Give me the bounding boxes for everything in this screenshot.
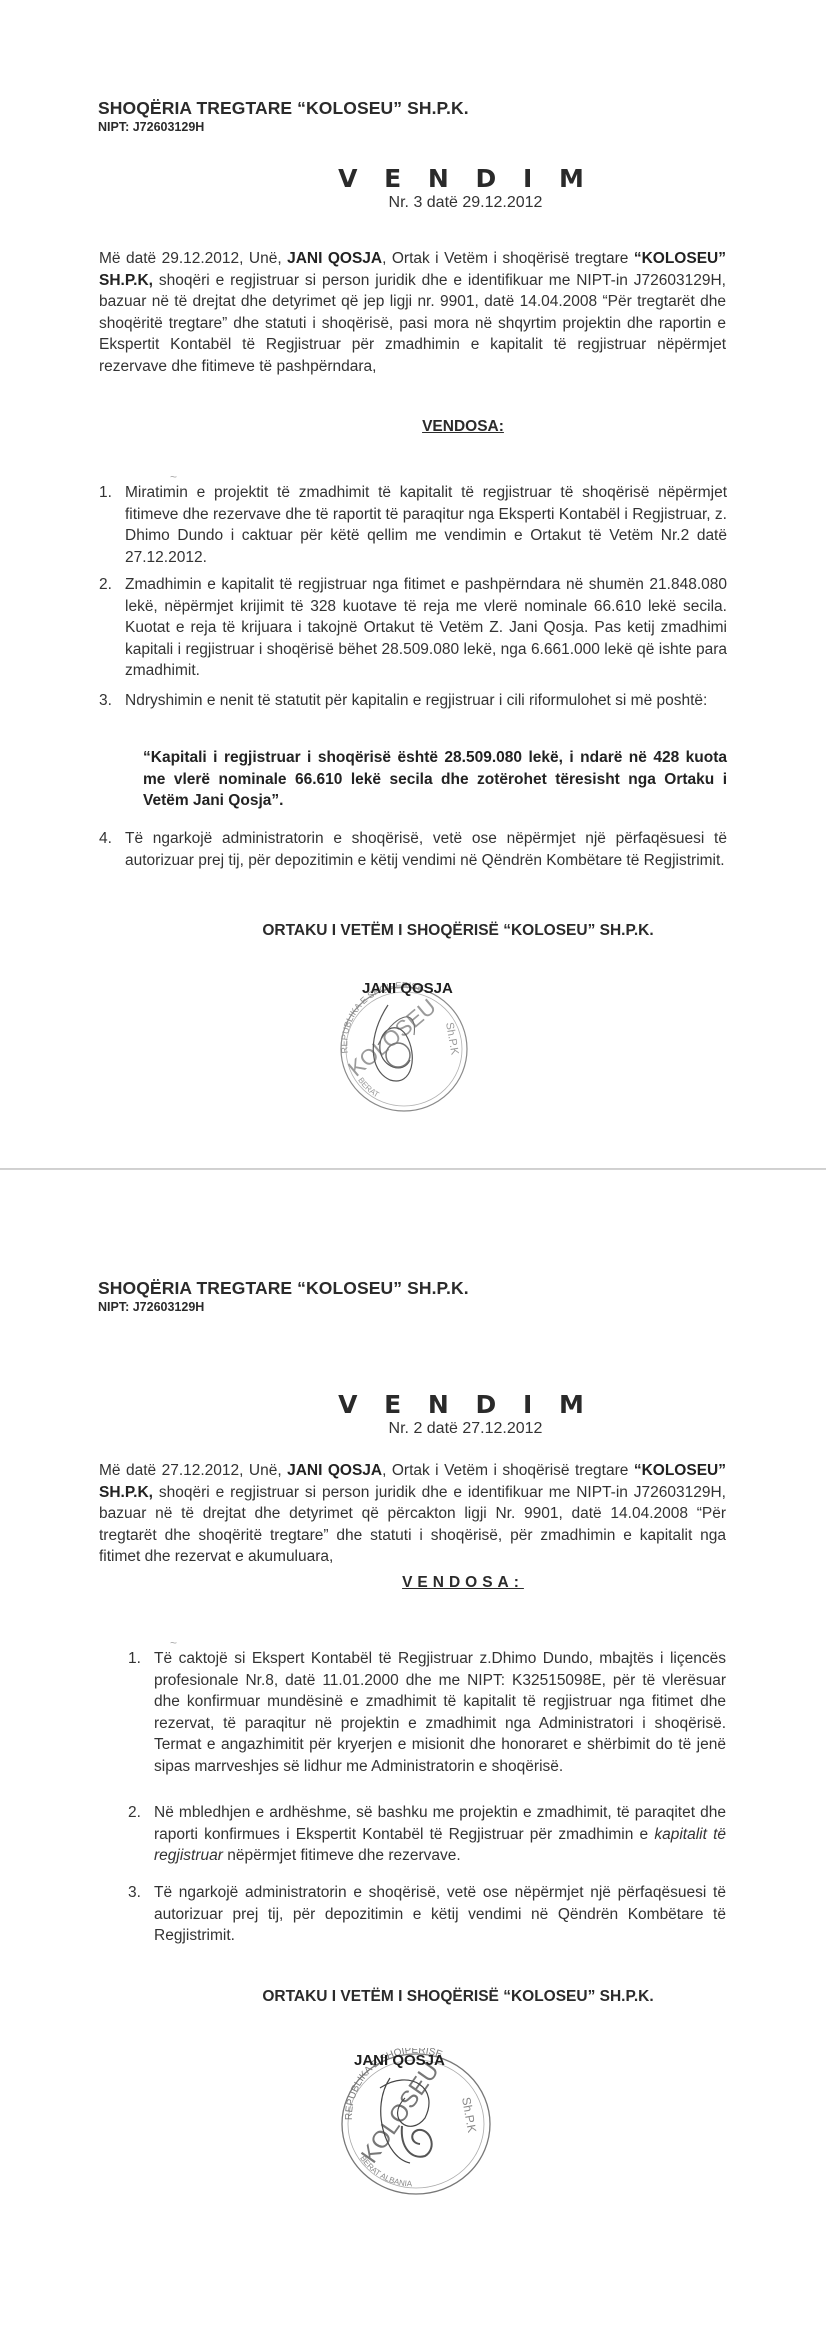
signatory-name: JANI QOSJA bbox=[354, 2052, 445, 2069]
intro-text: shoqëri e regjistruar si person juridik … bbox=[99, 1484, 726, 1566]
partner-name: JANI QOSJA bbox=[287, 250, 382, 267]
svg-text:BERAT: BERAT bbox=[356, 1076, 380, 1099]
item-number: 3. bbox=[99, 690, 112, 712]
intro-text: Më datë 27.12.2012, Unë, bbox=[99, 1462, 287, 1479]
company-nipt: NIPT: J72603129H bbox=[98, 120, 204, 134]
item-text: Të caktojë si Ekspert Kontabël të Regjis… bbox=[154, 1650, 726, 1775]
svg-text:Sh.P.K: Sh.P.K bbox=[443, 1021, 461, 1056]
item-text: Në mbledhjen e ardhëshme, së bashku me p… bbox=[154, 1804, 726, 1843]
decision-item: 3. Ndryshimin e nenit të statutit për ka… bbox=[125, 690, 727, 712]
document-page-1: SHOQËRIA TREGTARE “KOLOSEU” SH.P.K. NIPT… bbox=[0, 0, 826, 1170]
intro-paragraph: Më datë 27.12.2012, Unë, JANI QOSJA, Ort… bbox=[99, 1460, 726, 1568]
decision-item: 2. Në mbledhjen e ardhëshme, së bashku m… bbox=[154, 1802, 726, 1867]
signatory-name: JANI QOSJA bbox=[362, 980, 453, 997]
decision-heading: VENDOSA: bbox=[0, 418, 826, 436]
decision-number-date: Nr. 3 datë 29.12.2012 bbox=[0, 194, 826, 212]
partner-name: JANI QOSJA bbox=[287, 1462, 382, 1479]
item-text: Të ngarkojë administratorin e shoqërisë,… bbox=[125, 830, 727, 869]
intro-text: , Ortak i Vetëm i shoqërisë tregtare bbox=[382, 250, 634, 267]
svg-text:BERAT ALBANIA: BERAT ALBANIA bbox=[358, 2154, 413, 2189]
decision-title: V E N D I M bbox=[0, 164, 826, 193]
item-number: 2. bbox=[99, 574, 112, 596]
item-text: Ndryshimin e nenit të statutit për kapit… bbox=[125, 692, 707, 709]
signatory-line: ORTAKU I VETËM I SHOQËRISË “KOLOSEU” SH.… bbox=[0, 1988, 826, 2006]
item-number: 3. bbox=[128, 1882, 141, 1904]
decision-item: 3. Të ngarkojë administratorin e shoqëri… bbox=[154, 1882, 726, 1947]
decision-number-date: Nr. 2 datë 27.12.2012 bbox=[0, 1420, 826, 1438]
company-name: SHOQËRIA TREGTARE “KOLOSEU” SH.P.K. bbox=[98, 1278, 469, 1299]
decision-heading: VENDOSA: bbox=[0, 1574, 826, 1592]
company-nipt: NIPT: J72603129H bbox=[98, 1300, 204, 1314]
decision-item: 1. Miratimin e projektit të zmadhimit të… bbox=[125, 482, 727, 568]
intro-text: shoqëri e regjistruar si person juridik … bbox=[99, 272, 726, 375]
intro-paragraph: Më datë 29.12.2012, Unë, JANI QOSJA, Ort… bbox=[99, 248, 726, 378]
item-number: 2. bbox=[128, 1802, 141, 1824]
item-text: nëpërmjet fitimeve dhe rezervave. bbox=[223, 1847, 461, 1864]
document-page-2: SHOQËRIA TREGTARE “KOLOSEU” SH.P.K. NIPT… bbox=[0, 1170, 826, 2338]
item-text: Të ngarkojë administratorin e shoqërisë,… bbox=[154, 1884, 726, 1944]
decision-item: 2. Zmadhimin e kapitalit të regjistruar … bbox=[125, 574, 727, 682]
intro-text: Më datë 29.12.2012, Unë, bbox=[99, 250, 287, 267]
item-number: 4. bbox=[99, 828, 112, 850]
item-number: 1. bbox=[128, 1648, 141, 1670]
item-number: 1. bbox=[99, 482, 112, 504]
company-stamp-icon: REPUBLIKA E SHQIPERISE KOLOSEU Sh.P.K BE… bbox=[330, 2048, 500, 2198]
intro-text: , Ortak i Vetëm i shoqërisë tregtare bbox=[382, 1462, 634, 1479]
item-text: Miratimin e projektit të zmadhimit të ka… bbox=[125, 484, 727, 566]
company-name: SHOQËRIA TREGTARE “KOLOSEU” SH.P.K. bbox=[98, 98, 469, 119]
statute-quote: “Kapitali i regjistruar i shoqërisë ësht… bbox=[143, 747, 727, 812]
item-text: Zmadhimin e kapitalit të regjistruar nga… bbox=[125, 576, 727, 679]
svg-text:Sh.P.K: Sh.P.K bbox=[459, 2096, 479, 2134]
signatory-line: ORTAKU I VETËM I SHOQËRISË “KOLOSEU” SH.… bbox=[0, 922, 826, 940]
decision-item: 1. Të caktojë si Ekspert Kontabël të Reg… bbox=[154, 1648, 726, 1778]
decision-title: V E N D I M bbox=[0, 1390, 826, 1419]
decision-item: 4. Të ngarkojë administratorin e shoqëri… bbox=[125, 828, 727, 871]
